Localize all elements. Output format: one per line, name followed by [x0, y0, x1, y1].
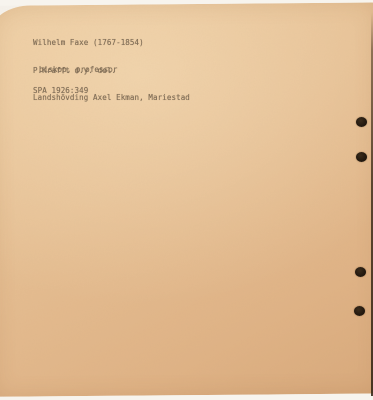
- punch-hole: [355, 267, 366, 277]
- scanned-card: Wilhelm Faxe (1767-1854) biskop, profess…: [0, 0, 373, 400]
- reference-line: SPA 1926:349: [33, 86, 88, 95]
- sitter-name-line: Wilhelm Faxe (1767-1854): [33, 38, 144, 47]
- punch-hole: [356, 117, 367, 127]
- punch-hole: [356, 152, 367, 162]
- punch-hole: [354, 306, 365, 316]
- typed-annotation-reference: SPA 1926:349: [33, 68, 88, 113]
